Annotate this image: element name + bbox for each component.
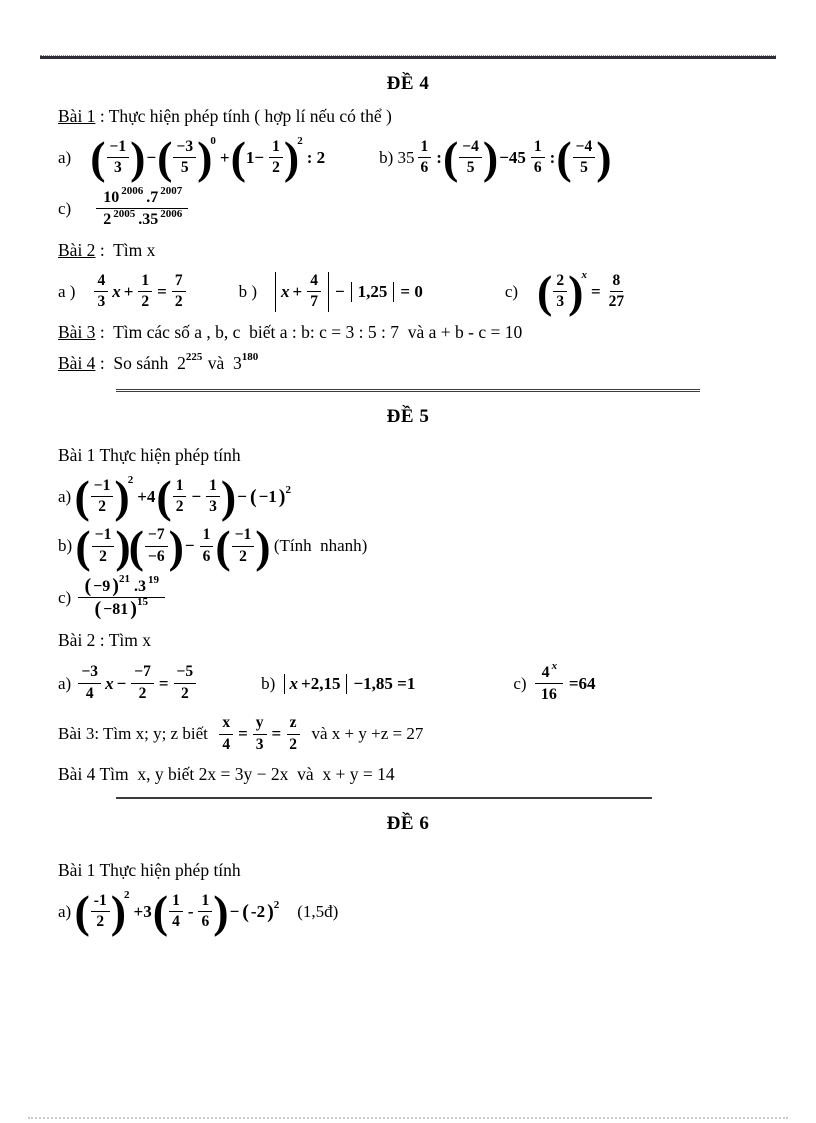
fraction: y3 [253, 714, 267, 754]
section-de-6: Bài 1 Thực hiện phép tínha) (-12)2+3(14-… [58, 859, 758, 932]
fraction: x4 [219, 714, 233, 754]
close-paren: ) [130, 141, 145, 174]
paren-group: (−12) [77, 526, 128, 566]
text-run: Bài 3: Tìm x; y; z biết [58, 724, 216, 744]
denominator: 2 [136, 684, 150, 704]
open-paren: ( [242, 902, 249, 922]
fraction: 16 [198, 892, 212, 932]
text-run: b) [261, 674, 279, 694]
paren-group: (−35)0 [159, 138, 217, 178]
fraction: −13 [107, 138, 130, 178]
fraction: −34 [78, 663, 101, 703]
paren-group: (-12)2 [76, 892, 130, 932]
text-run: Bài 2 : Tìm x [58, 629, 151, 653]
paren-group: (−7−6) [131, 526, 182, 566]
superscript: 2007 [160, 186, 182, 197]
fraction: 14 [169, 892, 183, 932]
de5-bai4-heading: Bài 4 Tìm x, y biết 2x = 3y − 2x và x + … [58, 763, 758, 787]
absolute-value-group: x+47 [275, 272, 329, 312]
denominator: 22005.352006 [96, 209, 188, 230]
numerator: 7 [172, 272, 186, 293]
bottom-dotted-divider [28, 1117, 788, 1119]
text-run: Bài 1 Thực hiện phép tính [58, 444, 241, 468]
open-paren: ( [94, 599, 101, 619]
numerator: −1 [92, 526, 115, 547]
group-content: −13 [104, 138, 133, 178]
denominator: −6 [145, 547, 168, 567]
close-paren: ) [112, 576, 119, 596]
denominator: 6 [200, 547, 214, 567]
spacer [327, 157, 379, 158]
paren-group: (23)x [539, 272, 588, 312]
fraction: 47 [307, 272, 321, 312]
de4-bai1-expr-ab: a)(−13)−(−35)0+(1−12)2: 2b) 3516:(−45)−4… [58, 138, 758, 178]
spacer [425, 291, 505, 292]
numerator: −7 [145, 526, 168, 547]
bold-run: : [436, 148, 442, 168]
text-run: a) [58, 674, 75, 694]
de4-bai1-heading: Bài 1 : Thực hiện phép tính ( hợp lí nếu… [58, 105, 758, 129]
bold-run: + [220, 148, 230, 168]
exponent: 21 [119, 574, 130, 585]
paren-group: (12−13) [158, 477, 234, 517]
spacer [189, 291, 239, 292]
absolute-value-group: 1,25 [351, 282, 395, 302]
denominator: 2 [95, 497, 109, 517]
denominator: 2 [178, 684, 192, 704]
bold-run: +4 [137, 487, 155, 507]
paren-group: (−13) [92, 138, 143, 178]
numerator: 4 [94, 272, 108, 293]
de5-bai2-expr-abc: a) −34x−−72=−52b) x+2,15−1,85 =1c) 4x16=… [58, 662, 758, 705]
paren-group: (−9)21 [84, 576, 130, 596]
paren-group: (−81)15 [94, 599, 148, 619]
bold-run: +3 [134, 902, 152, 922]
text-run: a) [58, 148, 71, 168]
denominator: 3 [206, 497, 220, 517]
bold-run: − [237, 487, 247, 507]
group-content: −35 [170, 138, 199, 178]
superscript: 19 [148, 575, 159, 586]
bold-run: = [238, 724, 248, 744]
bold-run: −1,85 =1 [353, 674, 415, 694]
denominator: 2 [172, 292, 186, 312]
fraction: −45 [573, 138, 596, 178]
group-content: -2 [249, 902, 267, 922]
fraction: 16 [418, 138, 432, 178]
numerator: y [253, 714, 267, 735]
fraction: −45 [459, 138, 482, 178]
denominator: 4 [169, 912, 183, 932]
underlined-label: Bài 2 [58, 239, 95, 263]
bold-run: = [272, 724, 282, 744]
paren-group: (−12) [217, 526, 268, 566]
underlined-label: Bài 4 [58, 352, 95, 376]
numerator: 4x [535, 662, 564, 684]
fraction: −35 [173, 138, 196, 178]
bold-run: .3 [134, 577, 146, 596]
bold-run: 16 [541, 685, 557, 704]
superscript: x [552, 661, 558, 672]
bold-run: 1,25 [358, 282, 388, 302]
exponent: 2 [297, 136, 303, 147]
bold-run: -2 [251, 902, 265, 922]
text-run: b) [58, 536, 76, 556]
section-title-de6: ĐỀ 6 [58, 813, 758, 835]
fraction: -12 [91, 892, 110, 932]
numerator: −4 [459, 138, 482, 159]
denominator: 5 [178, 158, 192, 178]
text-run: (1,5đ) [297, 902, 338, 922]
spacer [417, 683, 513, 684]
text-run: a) [58, 487, 75, 507]
open-paren: ( [250, 487, 257, 507]
worksheet-page: ĐỀ 4 Bài 1 : Thực hiện phép tính ( hợp l… [0, 0, 816, 1123]
group-content: −12 [229, 526, 258, 566]
de4-bai1-expr-c: c)102006.7200722005.352006 [58, 187, 758, 230]
bold-run: − [230, 902, 240, 922]
superscript: 225 [186, 352, 203, 363]
section-title-de5: ĐỀ 5 [58, 406, 758, 428]
divider-de5-de6 [116, 797, 652, 799]
bold-run: − [191, 487, 201, 507]
fraction: 16 [200, 526, 214, 566]
numerator: 1 [418, 138, 432, 159]
numerator: 4 [307, 272, 321, 293]
section-de-5: Bài 1 Thực hiện phép tínha) (−12)2+4(12−… [58, 444, 758, 787]
exponent: 2 [274, 900, 280, 911]
numerator: −4 [573, 138, 596, 159]
group-content: −1 [257, 487, 279, 507]
close-paren: ) [213, 895, 228, 928]
numerator: −1 [91, 477, 114, 498]
numerator: -1 [91, 892, 110, 913]
text-run: : Tìm các số a , b, c biết a : b: c = 3 … [95, 321, 522, 345]
fraction: −72 [131, 663, 154, 703]
bold-run: − [335, 282, 345, 302]
text-run: c) [58, 199, 71, 219]
fraction: 12 [269, 138, 283, 178]
denominator: 2 [96, 547, 110, 567]
de5-bai2-heading: Bài 2 : Tìm x [58, 629, 758, 653]
spacer [75, 291, 91, 292]
close-paren: ) [169, 530, 184, 563]
denominator: 6 [531, 158, 545, 178]
bold-run: −45 [499, 148, 526, 168]
bold-run: 10 [103, 188, 119, 207]
variable: x [112, 282, 121, 302]
close-paren: ) [130, 599, 137, 619]
group-content: 14-16 [166, 892, 215, 932]
bold-run: 1− [246, 148, 264, 168]
fraction: 12 [173, 477, 187, 517]
group-content: -12 [88, 892, 113, 932]
numerator: 1 [269, 138, 283, 159]
numerator: 1 [169, 892, 183, 913]
group-content: −12 [88, 477, 117, 517]
text-run: c) [505, 282, 518, 302]
superscript: 2006 [160, 209, 182, 220]
variable: x [290, 674, 299, 694]
bold-run: − [146, 148, 156, 168]
de5-bai1-expr-c: c) (−9)21.319(−81)15 [58, 575, 758, 620]
numerator: z [287, 714, 300, 735]
text-run: (Tính nhanh) [270, 536, 368, 556]
denominator: 2 [286, 735, 300, 755]
denominator: 4 [219, 735, 233, 755]
de6-bai1-expr-a: a) (-12)2+3(14-16)−(-2)2(1,5đ) [58, 892, 758, 932]
close-paren: ) [267, 902, 274, 922]
bold-run: + [293, 282, 303, 302]
numerator: −3 [173, 138, 196, 159]
denominator: 2 [236, 547, 250, 567]
group-content: −7−6 [142, 526, 171, 566]
denominator: 4 [83, 684, 97, 704]
close-paren: ) [279, 487, 286, 507]
paren-group: (1−12)2 [233, 138, 304, 178]
spacer [257, 291, 271, 292]
fraction: −12 [92, 526, 115, 566]
denominator: 2 [269, 158, 283, 178]
spacer [71, 157, 91, 158]
de4-bai3-heading: Bài 3 : Tìm các số a , b, c biết a : b: … [58, 321, 758, 345]
big-fraction: 102006.7200722005.352006 [96, 187, 188, 230]
numerator: −7 [131, 663, 154, 684]
section-title-de4: ĐỀ 4 [58, 73, 758, 95]
text-run: và 3 [203, 352, 241, 376]
bold-run: : [550, 148, 556, 168]
numerator: 1 [206, 477, 220, 498]
group-content: −45 [456, 138, 485, 178]
numerator: 8 [610, 272, 624, 293]
paren-group: (-2)2 [242, 902, 280, 922]
denominator: 16 [534, 684, 564, 705]
denominator: 5 [577, 158, 591, 178]
de5-bai3-heading: Bài 3: Tìm x; y; z biết x4=y3=z2 và x + … [58, 714, 758, 754]
denominator: 3 [253, 735, 267, 755]
open-paren: ( [84, 576, 91, 596]
de4-bai4-heading: Bài 4 : So sánh 2225 và 3180 [58, 352, 758, 376]
fraction: 16 [531, 138, 545, 178]
big-fraction: 4x16 [534, 662, 564, 705]
text-run: Bài 4 Tìm x, y biết 2x = 3y − 2x và x + … [58, 763, 395, 787]
bold-run: −81 [103, 600, 128, 619]
numerator: 1 [531, 138, 545, 159]
absolute-value-group: x+2,15 [284, 674, 348, 694]
worksheet-content: ĐỀ 4 Bài 1 : Thực hiện phép tính ( hợp l… [0, 73, 816, 932]
fraction: 43 [94, 272, 108, 312]
denominator: 3 [111, 158, 125, 178]
variable: x [105, 674, 114, 694]
bold-run: = [157, 282, 167, 302]
paren-group: (14-16) [155, 892, 227, 932]
exponent: x [581, 270, 587, 281]
fraction: 23 [553, 272, 567, 312]
bold-run: = 0 [400, 282, 422, 302]
denominator: 5 [464, 158, 478, 178]
fraction: z2 [286, 714, 300, 754]
group-content: −9 [91, 577, 112, 596]
de6-bai1-heading: Bài 1 Thực hiện phép tính [58, 859, 758, 883]
text-run: Bài 1 Thực hiện phép tính [58, 859, 241, 883]
paren-group: (−45) [445, 138, 496, 178]
exponent: 0 [210, 136, 216, 147]
denominator: 2 [138, 292, 152, 312]
numerator: 1 [173, 477, 187, 498]
numerator: 1 [200, 526, 214, 547]
numerator: 1 [138, 272, 152, 293]
bold-run: − [117, 674, 127, 694]
spacer [199, 683, 261, 684]
numerator: x [219, 714, 233, 735]
text-run: : Tìm x [95, 239, 155, 263]
de4-bai2-heading: Bài 2 : Tìm x [58, 239, 758, 263]
variable: x [281, 282, 290, 302]
divider-de4-de5 [116, 389, 700, 392]
denominator: 2 [173, 497, 187, 517]
spacer [281, 911, 297, 912]
underlined-label: Bài 3 [58, 321, 95, 345]
denominator: (−81)15 [88, 598, 154, 620]
paren-group: (−45) [558, 138, 609, 178]
bold-run: : 2 [307, 148, 325, 168]
text-run: b ) [239, 282, 257, 302]
close-paren: ) [596, 141, 611, 174]
group-content: −81 [101, 600, 130, 619]
numerator: −3 [78, 663, 101, 684]
exponent: 2 [285, 485, 291, 496]
text-run: a ) [58, 282, 75, 302]
close-paren: ) [483, 141, 498, 174]
numerator: 2 [553, 272, 567, 293]
de5-bai1-heading: Bài 1 Thực hiện phép tính [58, 444, 758, 468]
bold-run: - [188, 902, 194, 922]
underlined-label: Bài 1 [58, 105, 95, 129]
text-run: c) [58, 588, 75, 608]
text-run: b) 35 [379, 148, 414, 168]
bold-run: =64 [569, 674, 596, 694]
section-de-4: Bài 1 : Thực hiện phép tính ( hợp lí nếu… [58, 105, 758, 375]
denominator: 7 [307, 292, 321, 312]
fraction: −12 [91, 477, 114, 517]
close-paren: ) [255, 530, 270, 563]
text-run: : So sánh 2 [95, 352, 185, 376]
bold-run: 4 [542, 663, 550, 682]
numerator: 102006.72007 [96, 187, 188, 209]
de5-bai1-expr-a: a) (−12)2+4(12−13)−(−1)2 [58, 477, 758, 517]
numerator: 1 [198, 892, 212, 913]
bold-run: −9 [93, 577, 110, 596]
numerator: (−9)21.319 [78, 575, 164, 598]
de5-bai1-expr-b: b) (−12)(−7−6)−16(−12) (Tính nhanh) [58, 526, 758, 566]
numerator: −1 [232, 526, 255, 547]
numerator: −5 [174, 663, 197, 684]
exponent: 15 [137, 597, 148, 608]
fraction: 13 [206, 477, 220, 517]
denominator: 3 [94, 292, 108, 312]
text-run: : Thực hiện phép tính ( hợp lí nếu có th… [95, 105, 391, 129]
de4-bai2-expr-abc: a )43x+12=72b )x+47−1,25= 0c)(23)x=827 [58, 272, 758, 312]
paren-group: (−1)2 [250, 487, 292, 507]
group-content: −12 [89, 526, 118, 566]
superscript: 2006 [121, 186, 143, 197]
group-content: −45 [570, 138, 599, 178]
bold-run: −1 [259, 487, 277, 507]
bold-run: +2,15 [301, 674, 340, 694]
denominator: 6 [198, 912, 212, 932]
denominator: 3 [553, 292, 567, 312]
group-content: 1−12 [244, 138, 286, 178]
spacer [518, 291, 538, 292]
bold-run: = [159, 674, 169, 694]
group-content: 12−13 [170, 477, 223, 517]
spacer [71, 208, 93, 209]
fraction: 827 [606, 272, 628, 312]
text-run: và x + y +z = 27 [303, 724, 423, 744]
paren-group: (−12)2 [76, 477, 134, 517]
fraction: 72 [172, 272, 186, 312]
text-run: a) [58, 902, 75, 922]
bold-run: .35 [138, 210, 158, 229]
fraction: −7−6 [145, 526, 168, 566]
bold-run: 2 [103, 210, 111, 229]
superscript: 180 [242, 352, 259, 363]
bold-run: .7 [146, 188, 158, 207]
bold-run: + [124, 282, 134, 302]
numerator: −1 [107, 138, 130, 159]
fraction: −52 [174, 663, 197, 703]
denominator: 2 [93, 912, 107, 932]
big-fraction: (−9)21.319(−81)15 [78, 575, 164, 620]
close-paren: ) [221, 480, 236, 513]
top-divider [40, 55, 776, 59]
superscript: 2005 [113, 209, 135, 220]
text-run: c) [513, 674, 530, 694]
denominator: 27 [606, 292, 628, 312]
bold-run: = [591, 282, 601, 302]
exponent: 2 [128, 475, 134, 486]
fraction: −12 [232, 526, 255, 566]
bold-run: − [185, 536, 195, 556]
denominator: 6 [418, 158, 432, 178]
exponent: 2 [124, 890, 130, 901]
fraction: 12 [138, 272, 152, 312]
